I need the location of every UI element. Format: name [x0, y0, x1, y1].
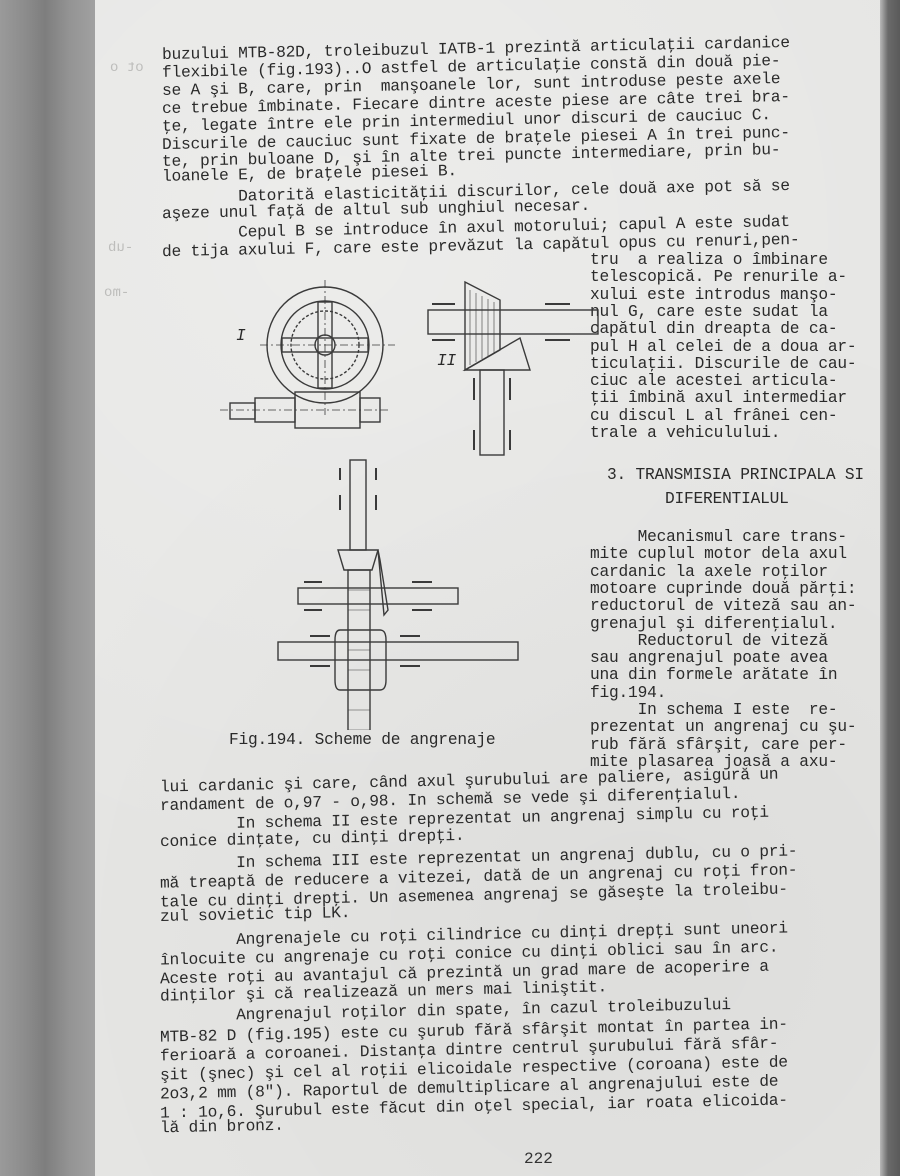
scheme-I-label: I — [236, 327, 246, 346]
text-line: Mecanismul care trans- — [590, 528, 847, 547]
text-line: fig.194. — [590, 684, 666, 703]
book-binding-shadow — [0, 0, 100, 1176]
text-line: tru a realiza o îmbinare — [590, 251, 828, 270]
text-line: prezentat un angrenaj cu şu- — [590, 718, 856, 737]
text-line: cu discul L al frânei cen- — [590, 407, 837, 426]
text-line: capătul din dreapta de ca- — [590, 320, 837, 339]
page-right-edge-shadow — [880, 0, 900, 1176]
text-line: Reductorul de viteză — [590, 632, 828, 651]
text-line: pul H al celei de a doua ar- — [590, 338, 856, 357]
page-number: 222 — [524, 1150, 553, 1168]
text-line: ticulaţii. Discurile de cau- — [590, 355, 856, 374]
text-line: ţii îmbină axul intermediar — [590, 389, 847, 408]
figure-caption: Fig.194. Scheme de angrenaje — [229, 731, 495, 750]
text-line: rub fără sfârşit, care per- — [590, 736, 847, 755]
text-line: motoare cuprinde două părţi: — [590, 580, 856, 599]
text-line: telescopică. Pe renurile a- — [590, 268, 847, 287]
text-line: In schema I este re- — [590, 701, 837, 720]
text-line: xului este introdus manşo- — [590, 286, 837, 305]
bleed-through-text: ot o — [110, 60, 144, 76]
worm-gear-scheme-I — [220, 280, 395, 428]
bleed-through-text: -mo — [104, 285, 129, 301]
text-line: reductorul de viteză sau an- — [590, 597, 856, 616]
double-gear-scheme-III — [278, 460, 518, 730]
section-heading-line-2: DIFERENTIALUL — [665, 490, 789, 509]
text-line: una din formele arătate în — [590, 666, 837, 685]
section-heading-line-1: 3. TRANSMISIA PRINCIPALA SI — [607, 466, 864, 485]
text-line: cardanic la axele roţilor — [590, 563, 828, 582]
scheme-II-label: II — [437, 352, 456, 371]
text-line: mite cuplul motor dela axul — [590, 545, 847, 564]
text-line: nul G, care este sudat la — [590, 303, 828, 322]
gear-schematic-figure — [200, 270, 600, 730]
text-line: trale a vehiculului. — [590, 424, 780, 443]
text-line: sau angrenajul poate avea — [590, 649, 828, 668]
bleed-through-text: -ub — [108, 240, 133, 256]
text-line: ciuc ale acestei articula- — [590, 372, 837, 391]
text-line: lă din bronz. — [160, 1116, 284, 1138]
text-line: grenajul şi diferenţialul. — [590, 615, 837, 634]
